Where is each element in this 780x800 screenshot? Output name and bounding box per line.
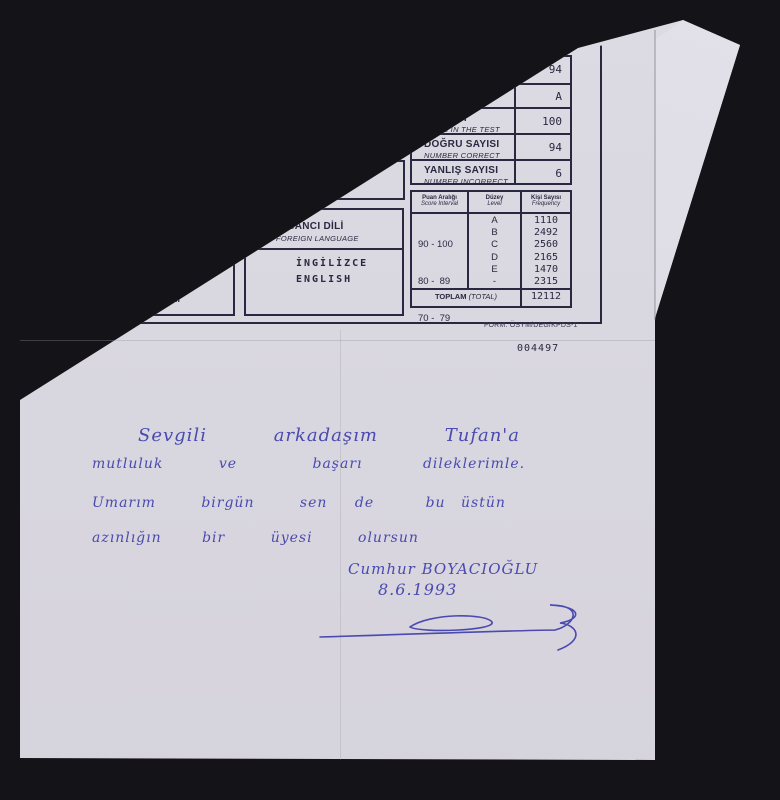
left-field-box: ...I bbox=[20, 200, 235, 316]
note-line-4: azınlığın bir üyesi olursun bbox=[92, 530, 419, 546]
form-code: FORM: ÖSYM/DEG/KPDS-1 bbox=[484, 322, 578, 329]
freq-header-divider bbox=[412, 212, 570, 214]
note-line-3: Umarım birgün sen de bu üstün bbox=[92, 495, 506, 511]
foreign-language-label-en: FOREIGN LANGUAGE bbox=[276, 234, 359, 243]
freq-frequency-cell: 2165 bbox=[524, 252, 568, 264]
stats-items-value: 100 bbox=[542, 115, 562, 128]
foreign-language-label: ...N YABANCI DİLİ bbox=[254, 221, 344, 232]
form-right-border bbox=[600, 40, 602, 324]
freq-interval-cell: 80 - 89 bbox=[418, 276, 453, 288]
stats-incorrect-value: 6 bbox=[555, 167, 562, 180]
stats-row-top: 94 bbox=[412, 57, 570, 85]
note-signer: Cumhur BOYACIOĞLU bbox=[348, 560, 538, 578]
stats-row-correct: DOĞRU SAYISI NUMBER CORRECT 94 bbox=[412, 135, 570, 161]
paper-crease-horizontal bbox=[20, 340, 655, 341]
note-line-2: mutluluk ve başarı dileklerimle. bbox=[92, 456, 525, 472]
stats-correct-label: DOĞRU SAYISI NUMBER CORRECT bbox=[424, 139, 500, 161]
freq-interval-cell: 70 - 79 bbox=[418, 313, 453, 325]
freq-header-level: Düzey Level bbox=[469, 195, 520, 207]
stats-items-label: ...SAYISI ...EMS IN THE TEST bbox=[424, 113, 500, 135]
freq-level-cell: D bbox=[469, 252, 520, 264]
stats-row-incorrect: YANLIŞ SAYISI NUMBER INCORRECT 6 bbox=[412, 161, 570, 185]
stats-row-level: A bbox=[412, 85, 570, 109]
language-value-en: ENGLISH bbox=[296, 272, 368, 288]
freq-interval-cell: 90 - 100 bbox=[418, 239, 453, 251]
stats-top-value: 94 bbox=[549, 63, 562, 76]
left-field-fragment: ...I bbox=[170, 294, 180, 304]
freq-level-column: A B C D E - bbox=[469, 215, 520, 288]
freq-col2-divider bbox=[520, 192, 522, 306]
signature-scribble-icon bbox=[310, 595, 600, 655]
serial-number: 004497 bbox=[517, 343, 559, 354]
freq-level-cell: A bbox=[469, 215, 520, 227]
stats-correct-value: 94 bbox=[549, 141, 562, 154]
freq-frequency-cell: 1470 bbox=[524, 264, 568, 276]
freq-total-value: 12112 bbox=[522, 291, 570, 302]
stats-table: 94 A ...SAYISI ...EMS IN THE TEST 100 DO… bbox=[410, 55, 572, 185]
freq-frequency-column: 1110 2492 2560 2165 1470 2315 bbox=[524, 215, 568, 288]
freq-header-frequency: Kişi Sayısı Frequency bbox=[522, 195, 570, 207]
upper-left-field-box bbox=[20, 160, 405, 200]
note-line-1: Sevgili arkadaşım Tufan'a bbox=[138, 425, 520, 446]
freq-frequency-cell: 2560 bbox=[524, 239, 568, 251]
freq-level-cell: B bbox=[469, 227, 520, 239]
freq-total-label: TOPLAM (TOTAL) bbox=[412, 292, 520, 301]
foreign-language-value: İNGİLİZCE ENGLISH bbox=[296, 256, 368, 288]
foreign-language-box: ...N YABANCI DİLİ FOREIGN LANGUAGE İNGİL… bbox=[244, 208, 404, 316]
freq-header-interval: Puan Aralığı Score Interval bbox=[412, 195, 467, 207]
stats-level-value: A bbox=[555, 90, 562, 103]
freq-level-cell: - bbox=[469, 276, 520, 288]
language-value-tr: İNGİLİZCE bbox=[296, 256, 368, 272]
freq-level-cell: E bbox=[469, 264, 520, 276]
foreign-language-header: ...N YABANCI DİLİ FOREIGN LANGUAGE bbox=[246, 210, 402, 250]
stats-row-items: ...SAYISI ...EMS IN THE TEST 100 bbox=[412, 109, 570, 135]
freq-frequency-cell: 2315 bbox=[524, 276, 568, 288]
freq-level-cell: C bbox=[469, 239, 520, 251]
stats-incorrect-label: YANLIŞ SAYISI NUMBER INCORRECT bbox=[424, 165, 508, 187]
freq-frequency-cell: 1110 bbox=[524, 215, 568, 227]
frequency-table: Puan Aralığı Score Interval Düzey Level … bbox=[410, 190, 572, 308]
freq-frequency-cell: 2492 bbox=[524, 227, 568, 239]
